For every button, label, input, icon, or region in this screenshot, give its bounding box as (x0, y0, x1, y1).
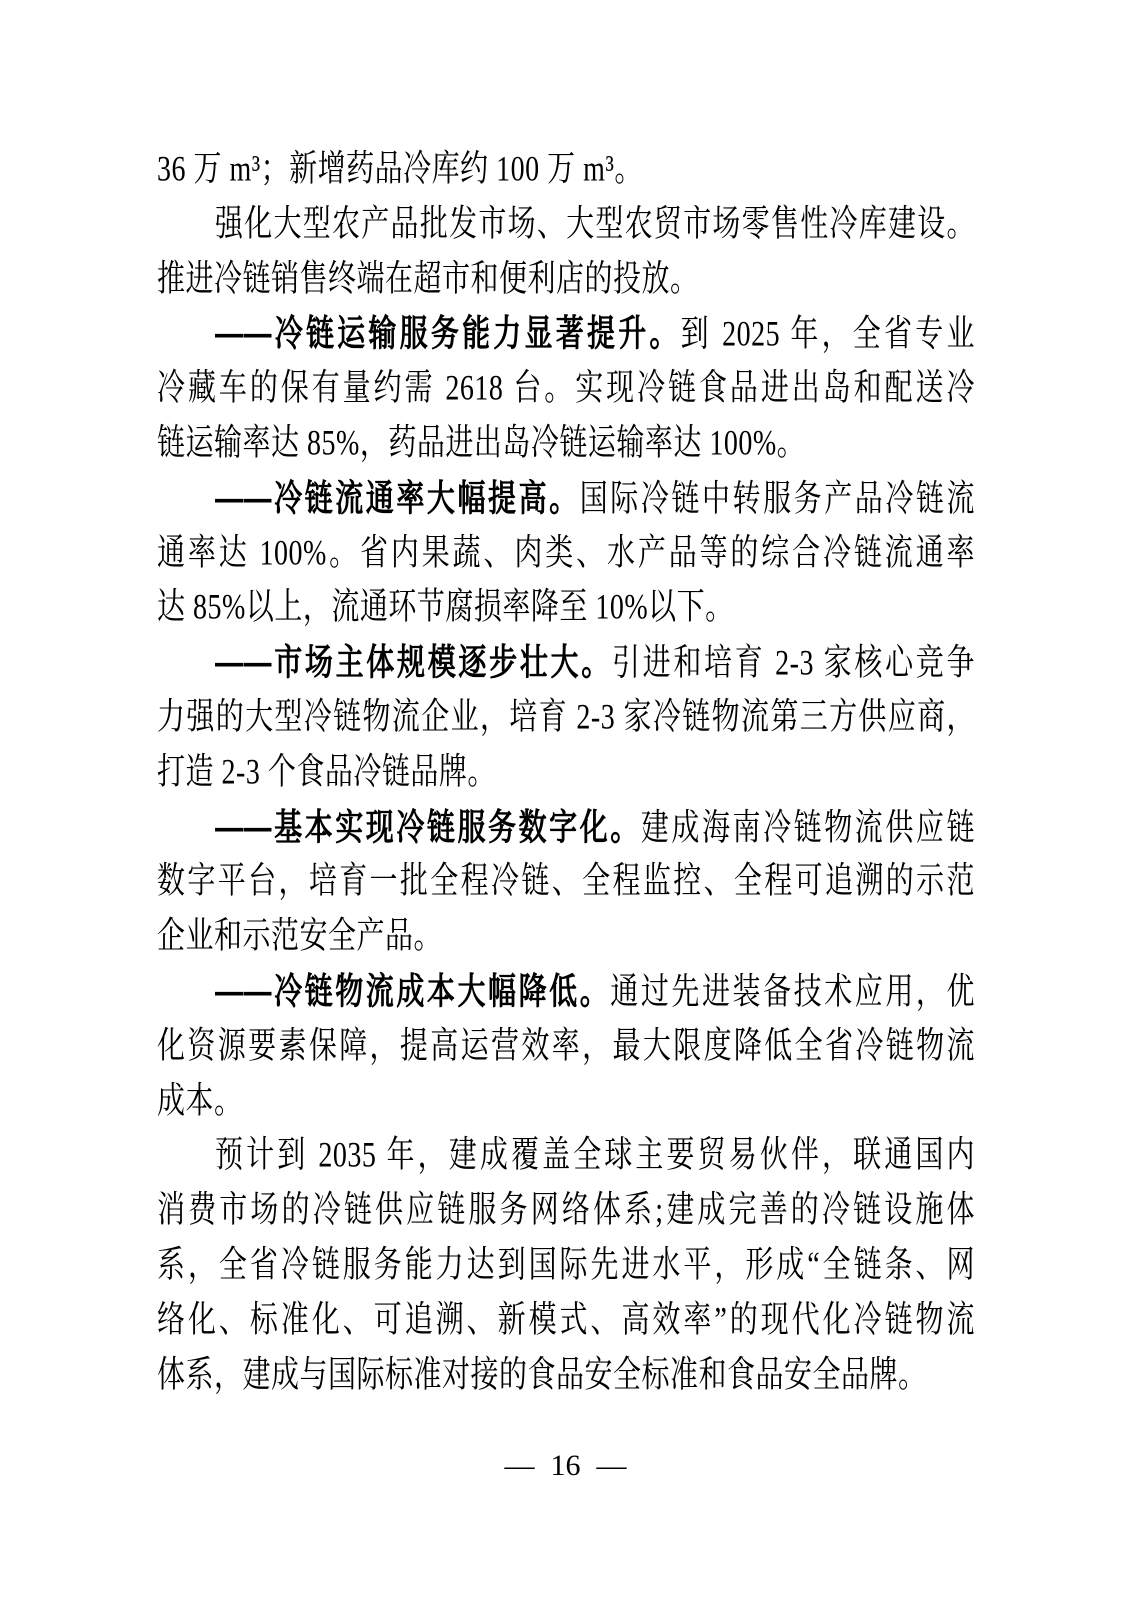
line-text: 冷藏车的保有量约需 2618 台。实现冷链食品进出岛和配送冷 (157, 368, 975, 408)
line-text: 成本。 (157, 1081, 243, 1121)
bold-lead: ——冷链运输服务能力显著提升。 (215, 313, 681, 353)
line-text: 链运输率达 85%，药品进出岛冷链运输率达 100%。 (157, 423, 805, 463)
line-text: 到 2025 年，全省专业 (681, 315, 975, 355)
line-text: 达 85%以上，流通环节腐损率降至 10%以下。 (157, 587, 734, 627)
footer-dash-right: — (597, 1449, 627, 1482)
line-text: 消费市场的冷链供应链服务网络体系;建成完善的冷链设施体 (157, 1190, 975, 1230)
line-text: 络化、标准化、可追溯、新模式、高效率”的现代化冷链物流 (157, 1300, 975, 1340)
line-text: 数字平台，培育一批全程冷链、全程监控、全程可追溯的示范 (157, 861, 975, 901)
line-text: 通率达 100%。省内果蔬、肉类、水产品等的综合冷链流通率 (157, 533, 975, 573)
page-footer: —16— (0, 1444, 1131, 1488)
line-text: 国际冷链中转服务产品冷链流 (580, 479, 975, 519)
line-text: 预计到 2035 年，建成覆盖全球主要贸易伙伴，联通国内 (215, 1135, 975, 1175)
text-line: 体系，建成与国际标准对接的食品安全标准和食品安全品牌。 (157, 1340, 975, 1411)
line-text: 引进和培育 2-3 家核心竞争 (612, 644, 975, 684)
bold-lead: ——市场主体规模逐步壮大。 (215, 642, 612, 682)
line-text: 通过先进装备技术应用，优 (610, 972, 975, 1012)
bold-lead: ——冷链流通率大幅提高。 (215, 478, 580, 518)
line-text: 化资源要素保障，提高运营效率，最大限度降低全省冷链物流 (157, 1026, 975, 1066)
bold-lead: ——冷链物流成本大幅降低。 (215, 971, 610, 1011)
page-number: 16 (551, 1449, 581, 1482)
footer-dash-left: — (505, 1449, 535, 1482)
line-text: 体系，建成与国际标准对接的食品安全标准和食品安全品牌。 (157, 1355, 927, 1395)
line-text: 推进冷链销售终端在超市和便利店的投放。 (157, 259, 699, 299)
line-text: 企业和示范安全产品。 (157, 916, 442, 956)
line-text: 强化大型农产品批发市场、大型农贸市场零售性冷库建设。 (215, 204, 975, 244)
line-text: 力强的大型冷链物流企业，培育 2-3 家冷链物流第三方供应商， (157, 697, 975, 737)
line-text: 打造 2-3 个食品冷链品牌。 (157, 752, 496, 792)
line-text: 建成海南冷链物流供应链 (641, 808, 975, 848)
bold-lead: ——基本实现冷链服务数字化。 (215, 807, 641, 847)
line-text: 36 万 m³；新增药品冷库约 100 万 m³。 (157, 149, 643, 189)
line-text: 系，全省冷链服务能力达到国际先进水平，形成“全链条、网 (157, 1245, 975, 1285)
document-body: 36 万 m³；新增药品冷库约 100 万 m³。强化大型农产品批发市场、大型农… (157, 143, 975, 1403)
document-page: 36 万 m³；新增药品冷库约 100 万 m³。强化大型农产品批发市场、大型农… (0, 0, 1131, 1600)
